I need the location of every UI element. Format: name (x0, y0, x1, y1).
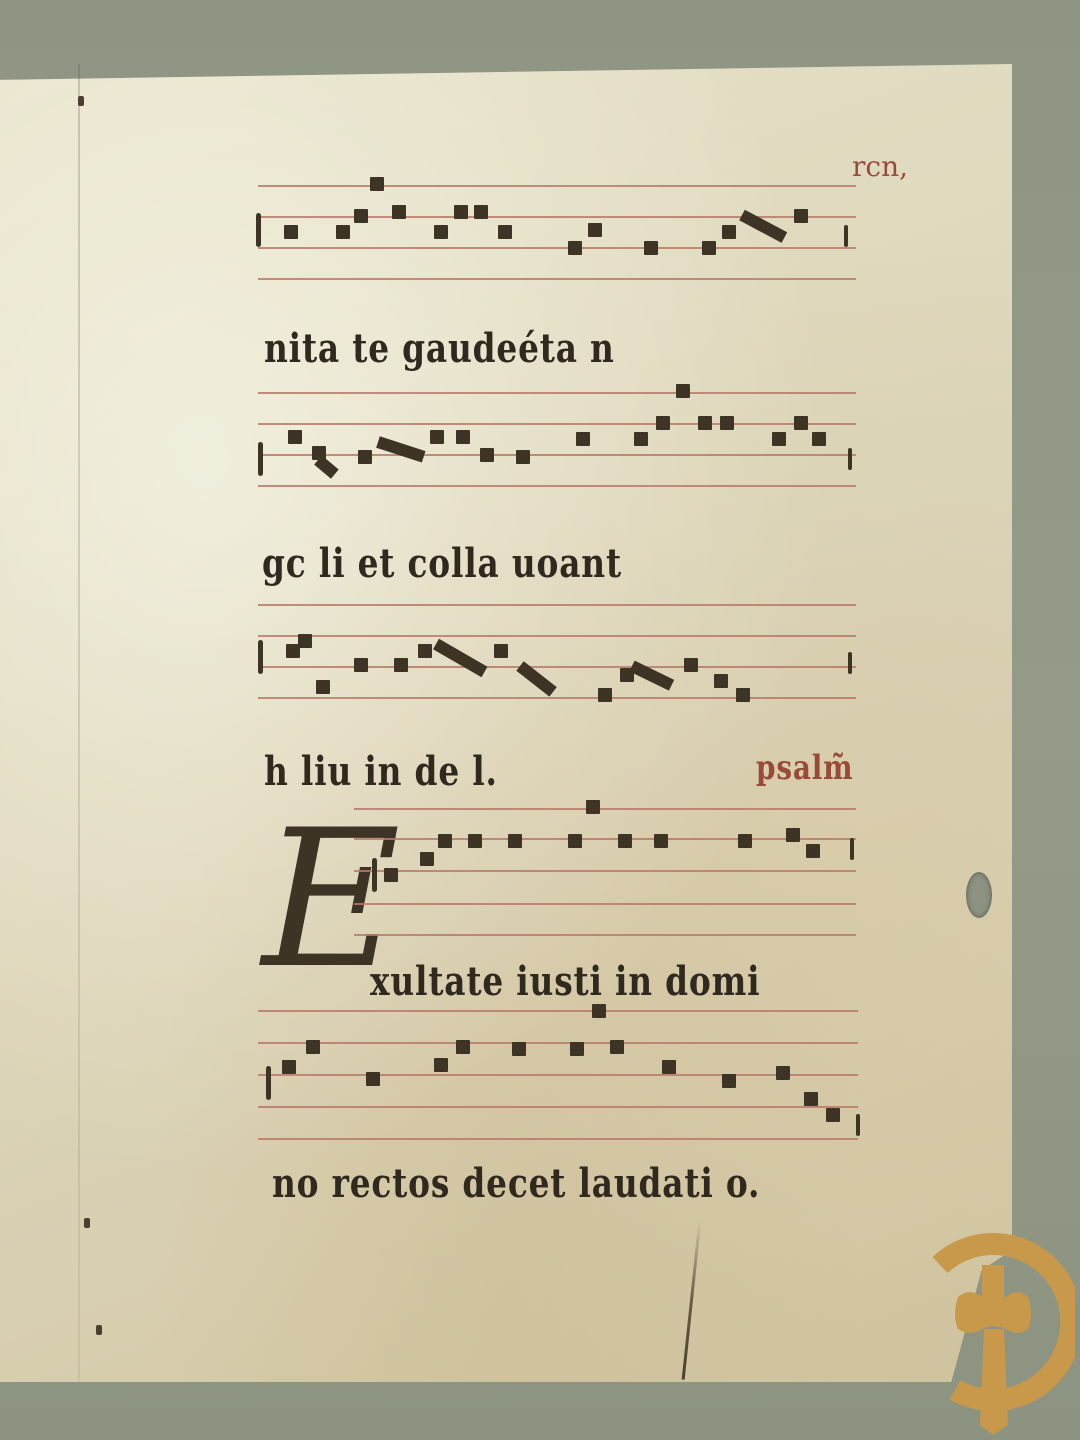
lyrics-line-5: no rectos decet laudati o. (272, 1160, 760, 1207)
staff-1 (258, 185, 856, 285)
staff-4 (354, 808, 856, 938)
punch-hole (966, 872, 992, 918)
gavel-crescent-logo-icon (920, 1225, 1075, 1435)
psalm-rubric: psalm̃ (756, 748, 853, 788)
margin-mark (78, 96, 84, 106)
folio-number: rcn, (852, 150, 908, 183)
binding-fold (78, 64, 80, 1382)
staff-3 (258, 604, 856, 704)
staff-5 (258, 1010, 858, 1140)
staff-2 (258, 392, 856, 492)
lyrics-line-4: xultate iusti in domi (370, 958, 760, 1005)
margin-mark (84, 1218, 90, 1228)
lyrics-line-3: h liu in de l. (264, 748, 498, 795)
margin-mark (96, 1325, 102, 1335)
lyrics-line-1: nita te gaudeéta n (264, 325, 615, 372)
lyrics-line-2: gc li et colla uoant (262, 540, 622, 587)
